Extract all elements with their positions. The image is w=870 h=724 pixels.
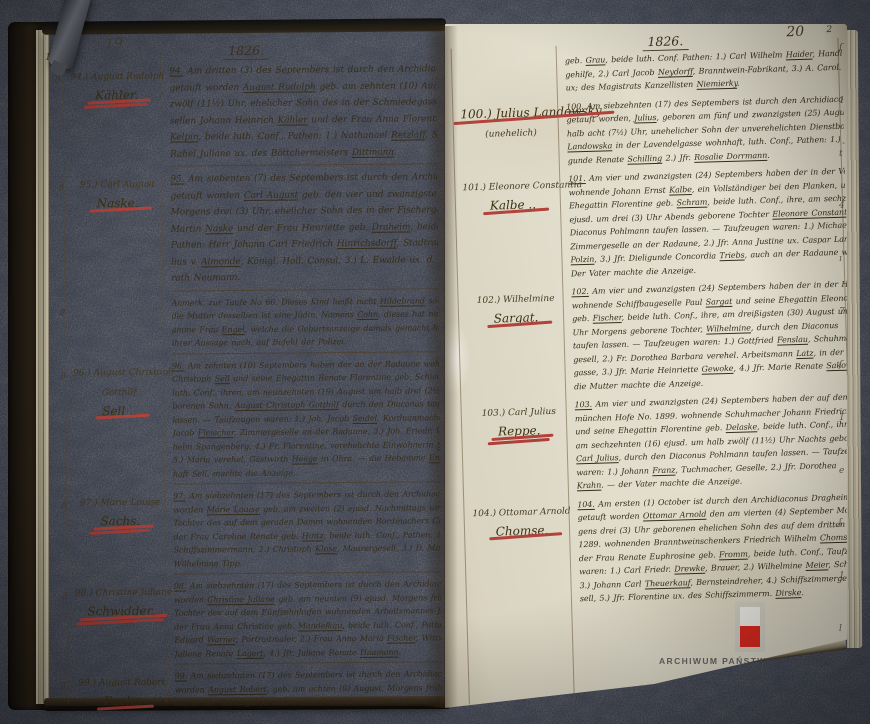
- body-line: Pathen: Herr Johann Carl Friedrich Hinri…: [171, 235, 438, 254]
- next-page-edge-fragments: ſ1t4ı7ſ1eʃ1l: [839, 44, 857, 634]
- margin-row: 100.) Julius Landowsky: [460, 100, 560, 122]
- body-line: des in der Tobiasgasse wohnenden Schneid…: [175, 694, 442, 710]
- entry-body: 100. Am siebzehnten (17) des Septembers …: [566, 91, 845, 167]
- margin-row: 103.) Carl Julius: [468, 399, 569, 422]
- entry-body: 95. Am siebenten (7) des Septembers ist …: [170, 168, 438, 291]
- body-line: 94. Am dritten (3) des Septembers ist du…: [169, 61, 436, 80]
- baptism-entry-102: 102.) WilhelmineSargat. 102. Am vier und…: [459, 275, 851, 399]
- margin-row: 101.) Eleonore Constantia: [462, 173, 563, 196]
- margin-name-underlined: Kähler.: [95, 87, 138, 103]
- baptism-entry-104: 104.) Ottomar ArnoldChomse. 104. Am erst…: [465, 487, 857, 611]
- entry-margin: 100.) Julius Landowsky(unehelich): [460, 99, 562, 170]
- margin-line: 102.) Wilhelmine: [477, 292, 555, 308]
- margin-line: 97.) Marie Louise: [80, 496, 161, 511]
- edge-fragment: ʃ: [839, 519, 857, 528]
- margin-name-underlined: Schwidder.: [87, 603, 155, 620]
- body-line: Kelpin, beide luth. Conf., Pathen: 1.) N…: [170, 127, 437, 146]
- baptism-entry-100: 100.) Julius Landowsky(unehelich) 100. A…: [454, 89, 845, 172]
- body-line: 5.) Maria verehel. Gastwirth Heege in Oh…: [173, 451, 440, 467]
- margin-row: 104.) Ottomar Arnold: [471, 498, 572, 521]
- edge-fragment: ſ: [839, 44, 857, 53]
- register-right-page: 2 20 1826. geb. Grau, beide luth. Conf. …: [445, 24, 847, 708]
- margin-row: 102.) Wilhelmine: [465, 286, 566, 309]
- right-page-number: 20: [786, 25, 804, 39]
- margin-row: 98.) Christine Juliane: [75, 580, 167, 601]
- entry-body: Anmerk. zur Taufe No 66. Dieses Kind hei…: [171, 293, 439, 354]
- left-entries-list: 8. 94.) August RudolphKähler. 94. Am dri…: [49, 58, 442, 703]
- left-page-number: 19: [105, 37, 123, 51]
- margin-name-underlined: Sargat.: [494, 309, 539, 326]
- entry-margin: 96.) August ChristophGotthilfSell ..: [73, 358, 166, 485]
- watermark-box: [735, 602, 765, 652]
- edge-fragment: l: [839, 625, 857, 634]
- body-line: ihrer Aussage nach, auf Befehl der Poliz…: [172, 334, 439, 350]
- right-entries-list: geb. Grau, beide luth. Conf. Pathen: 1.)…: [453, 44, 860, 705]
- body-line: Wilhelmine Tipp.: [174, 555, 441, 571]
- body-line: rath Neumann.: [171, 268, 438, 287]
- entry-margin: [72, 295, 165, 355]
- margin-name-underlined: Naske.: [96, 195, 138, 211]
- body-line: Morgens drei (3) Uhr, ehelicher Sohn des…: [171, 202, 438, 221]
- annotation-entry: 8 Anmerk. zur Taufe No 66. Dieses Kind h…: [51, 291, 439, 357]
- body-line: Eduard Warner, Portraitmaler, 2.) Frau A…: [174, 631, 441, 647]
- margin-line: (unehelich): [485, 126, 537, 141]
- margin-name-underlined: Sachs.: [100, 513, 140, 529]
- margin-row: 97.) Marie Louise: [74, 490, 166, 511]
- margin-line: 95.) Carl August: [80, 178, 155, 193]
- edge-fragment: 7: [839, 308, 857, 317]
- margin-name-underlined: Sell ..: [102, 402, 137, 418]
- entry-body: 98. Am siebzehnten (17) des Septembers i…: [174, 576, 442, 664]
- entry-margin: [459, 54, 560, 98]
- margin-line: 103.) Carl Julius: [481, 405, 556, 421]
- baptism-entry-103: 103.) Carl JuliusReppe. 103. Am vier und…: [462, 388, 854, 498]
- entry-margin: 103.) Carl JuliusReppe.: [468, 398, 571, 496]
- margin-row: Gotthilf: [73, 379, 165, 400]
- baptism-entry-94: 8. 94.) August RudolphKähler. 94. Am dri…: [49, 58, 437, 169]
- entry-body: 102. Am vier und zwanzigsten (24) Septem…: [571, 277, 851, 394]
- margin-row: 94.) August Rudolph: [70, 64, 162, 85]
- baptism-entry-99: 8. 99.) August RobertFuchs 99. Am siebze…: [55, 664, 442, 713]
- left-year-header: 1826.: [223, 44, 269, 60]
- polish-flag-icon: [740, 607, 760, 647]
- entry-body: 101. Am vier und zwanzigsten (24) Septem…: [568, 164, 848, 281]
- margin-row: Naske.: [71, 192, 163, 212]
- margin-row: 99.) August Robert: [76, 670, 168, 691]
- flag-red-stripe: [740, 626, 760, 647]
- baptism-entry-97: 8 97.) Marie LouiseSachs. 97. Am siebzeh…: [53, 484, 441, 577]
- entry-body: 97. Am siebzehnten (17) des Septembers i…: [173, 486, 441, 574]
- entry-margin: 104.) Ottomar ArnoldChomse.: [471, 497, 574, 609]
- flag-white-stripe: [740, 607, 760, 626]
- edge-fragment: 1: [839, 572, 857, 581]
- edge-fragment: 1: [839, 97, 857, 106]
- margin-line: 104.) Ottomar Arnold: [472, 504, 571, 521]
- margin-row: 95.) Carl August: [71, 172, 163, 193]
- baptism-entry-101: 101.) Eleonore ConstantiaKalbe .. 101. A…: [456, 162, 848, 286]
- margin-row: Sachs.: [74, 510, 166, 530]
- edge-fragment: ſ: [839, 361, 857, 370]
- baptism-entry-95: 8 95.) Carl AugustNaske. 95. Am siebente…: [50, 166, 438, 294]
- entry-body: 103. Am vier und zwanzigsten (24) Septem…: [574, 390, 854, 493]
- margin-line: 94.) August Rudolph: [70, 70, 164, 85]
- entry-margin: 94.) August RudolphKähler.: [70, 63, 163, 168]
- margin-row: Kalbe ..: [463, 193, 563, 215]
- archive-watermark: ARCHIWUM PAŃSTWOWE GDAŃSK: [735, 602, 765, 652]
- margin-line: 98.) Christine Juliane: [75, 586, 172, 601]
- body-line: Rahel Juliane ux. des Böttchermeisters D…: [170, 144, 437, 163]
- body-line: lius v. Almonde, Königl. Holl. Consul, 3…: [171, 252, 438, 271]
- margin-name-underlined: Kalbe ..: [490, 196, 537, 213]
- margin-row: Sell ..: [73, 399, 165, 419]
- entry-margin: 98.) Christine JulianeSchwidder.: [75, 579, 168, 666]
- entry-margin: 97.) Marie LouiseSachs.: [74, 489, 167, 576]
- edge-fragment: 4: [839, 202, 857, 211]
- edge-fragment: 1: [839, 414, 857, 423]
- entry-body: 94. Am dritten (3) des Septembers ist du…: [169, 60, 437, 166]
- margin-row: Fuchs: [76, 690, 168, 710]
- entry-body: 96. Am zehnten (10) Septembers haben der…: [172, 356, 440, 485]
- margin-row: Kähler.: [71, 84, 163, 104]
- edge-fragment: e: [839, 467, 857, 476]
- margin-name-underlined: Fuchs: [103, 693, 140, 709]
- margin-line: 99.) August Robert: [78, 676, 165, 691]
- body-line: haft Sell, machte die Anzeige.: [173, 465, 440, 481]
- margin-name-underlined: Chomse.: [496, 522, 549, 539]
- margin-row: Schwidder.: [75, 600, 167, 620]
- margin-name-underlined: Reppe.: [498, 422, 541, 439]
- register-left-page: 1 19 1826. 8. 94.) August RudolphKähler.…: [44, 30, 444, 706]
- baptism-entry-96: 8 96.) August ChristophGotthilfSell .. 9…: [52, 354, 440, 488]
- entry-margin: 102.) WilhelmineSargat.: [465, 285, 568, 397]
- body-line: 95. Am siebenten (7) des Septembers ist …: [170, 169, 437, 188]
- right-page-content: 2 20 1826. geb. Grau, beide luth. Conf. …: [444, 14, 865, 709]
- margin-row: Chomse.: [472, 518, 572, 540]
- entry-margin: 101.) Eleonore ConstantiaKalbe ..: [462, 172, 565, 284]
- body-line: amme Frau Engel, welche die Geburtsanzei…: [172, 321, 439, 337]
- margin-row: Sargat.: [466, 306, 566, 328]
- body-line: Schiffszimmermann, 2.) Christoph Klose, …: [174, 541, 441, 557]
- margin-row: 96.) August Christoph: [73, 359, 165, 380]
- left-page-content: 1 19 1826. 8. 94.) August RudolphKähler.…: [41, 28, 447, 707]
- right-corner-mark: 2: [826, 26, 832, 35]
- margin-line: Gotthilf: [102, 385, 137, 399]
- margin-line: 96.) August Christoph: [73, 365, 174, 380]
- entry-margin: 95.) Carl AugustNaske.: [71, 171, 164, 292]
- baptism-entry-98: 8 98.) Christine JulianeSchwidder. 98. A…: [54, 574, 442, 667]
- edge-fragment: ı: [839, 255, 857, 264]
- entry-body: geb. Grau, beide luth. Conf. Pathen: 1.)…: [565, 46, 843, 95]
- body-line: Juliane Renate Lagert, 4.) Jfr. Juliane …: [174, 645, 441, 661]
- margin-row: Reppe.: [469, 419, 569, 441]
- entry-body: 99. Am siebzehnten (17) des Septembers i…: [175, 666, 442, 710]
- body-line: zwölf (11½) Uhr, ehelicher Sohn des in d…: [170, 94, 437, 113]
- entry-margin: 99.) August RobertFuchs: [76, 669, 168, 711]
- entry-side-mark: [453, 57, 454, 98]
- entry-body: 104. Am ersten (1) October ist durch den…: [577, 489, 857, 606]
- edge-fragment: t: [839, 150, 857, 159]
